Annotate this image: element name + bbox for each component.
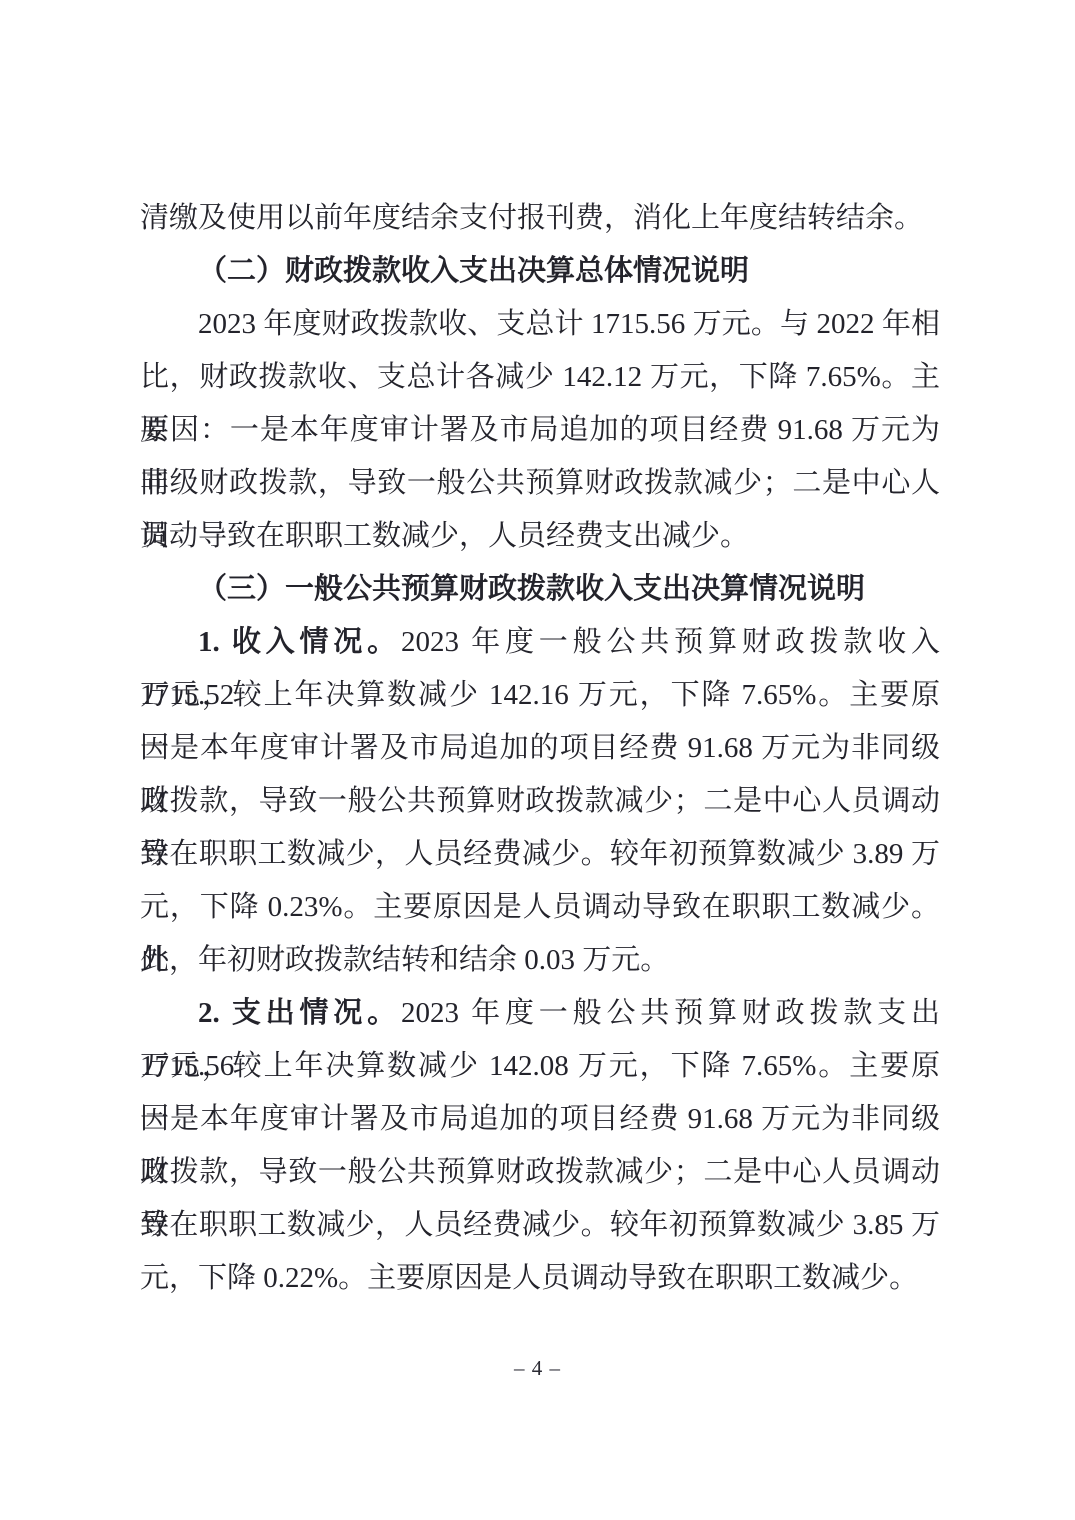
text-line: 万元，较上年决算数减少 142.16 万元，下降 7.65%。主要原因： [140,669,940,722]
text-line: 1. 收入情况。2023 年度一般公共预算财政拨款收入 1715.52 [140,616,940,669]
text-line: 同级财政拨款，导致一般公共预算财政拨款减少；二是中心人员 [140,457,940,510]
text-line: 2023 年度财政拨款收、支总计 1715.56 万元。与 2022 年相 [140,298,940,351]
text-line: 政拨款，导致一般公共预算财政拨款减少；二是中心人员调动导 [140,1146,940,1199]
text-line: 政拨款，导致一般公共预算财政拨款减少；二是中心人员调动导 [140,775,940,828]
text-line: 元，下降 0.22%。主要原因是人员调动导致在职职工数减少。 [140,1252,940,1305]
text-segment: 调动导致在职职工数减少，人员经费支出减少。 [140,520,749,552]
text-line: 2. 支出情况。2023 年度一般公共预算财政拨款支出 1715.56 [140,987,940,1040]
document-body: 清缴及使用以前年度结余支付报刊费，消化上年度结转结余。（二）财政拨款收入支出决算… [140,192,940,1305]
text-line: 致在职职工数减少，人员经费减少。较年初预算数减少 3.89 万 [140,828,940,881]
text-segment-bold: （二）财政拨款收入支出决算总体情况说明 [198,255,749,287]
text-segment: 致在职职工数减少，人员经费减少。较年初预算数减少 3.85 万 [140,1209,940,1241]
text-segment: 外，年初财政拨款结转和结余 0.03 万元。 [140,944,669,976]
text-segment: 致在职职工数减少，人员经费减少。较年初预算数减少 3.89 万 [140,838,940,870]
text-line: 外，年初财政拨款结转和结余 0.03 万元。 [140,934,940,987]
text-line: 比，财政拨款收、支总计各减少 142.12 万元，下降 7.65%。主要 [140,351,940,404]
text-line: 清缴及使用以前年度结余支付报刊费，消化上年度结转结余。 [140,192,940,245]
text-segment: 清缴及使用以前年度结余支付报刊费，消化上年度结转结余。 [140,202,923,234]
heading-line: （二）财政拨款收入支出决算总体情况说明 [140,245,940,298]
text-line: 元，下降 0.23%。主要原因是人员调动导致在职职工数减少。此 [140,881,940,934]
heading-line: （三）一般公共预算财政拨款收入支出决算情况说明 [140,563,940,616]
document-page: 清缴及使用以前年度结余支付报刊费，消化上年度结转结余。（二）财政拨款收入支出决算… [0,0,1075,1520]
text-line: 万元，较上年决算数减少 142.08 万元，下降 7.65%。主要原因： [140,1040,940,1093]
text-line: 原因：一是本年度审计署及市局追加的项目经费 91.68 万元为非 [140,404,940,457]
text-segment-bold: 2. 支出情况。 [198,997,401,1029]
text-line: 调动导致在职职工数减少，人员经费支出减少。 [140,510,940,563]
text-line: 致在职职工数减少，人员经费减少。较年初预算数减少 3.85 万 [140,1199,940,1252]
text-segment: 2023 年度财政拨款收、支总计 1715.56 万元。与 2022 年相 [198,308,940,340]
text-segment: 元，下降 0.22%。主要原因是人员调动导致在职职工数减少。 [140,1262,918,1294]
text-line: 一是本年度审计署及市局追加的项目经费 91.68 万元为非同级财 [140,722,940,775]
page-number: – 4 – [0,1356,1075,1381]
text-line: 一是本年度审计署及市局追加的项目经费 91.68 万元为非同级财 [140,1093,940,1146]
text-segment-bold: （三）一般公共预算财政拨款收入支出决算情况说明 [198,573,865,605]
text-segment-bold: 1. 收入情况。 [198,626,401,658]
